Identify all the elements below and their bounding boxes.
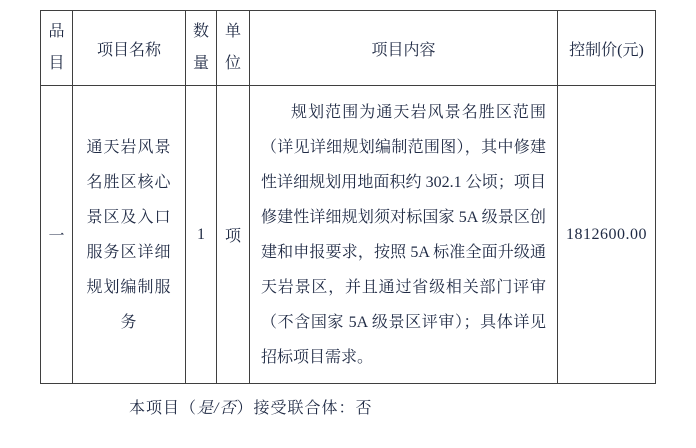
content-line: 性详细规划用地面积约 302.1 公顷；项目	[261, 165, 546, 200]
project-name-line: 通天岩风景	[73, 130, 185, 165]
content-line: 建和申报要求，按照 5A 标准全面升级通	[261, 235, 546, 270]
header-quantity-label: 数量	[193, 16, 209, 80]
header-project-content: 项目内容	[250, 11, 558, 86]
project-name-line: 服务区详细	[73, 235, 185, 270]
cell-quantity: 1	[186, 86, 217, 384]
header-project-name: 项目名称	[73, 11, 186, 86]
content-line: （不含国家 5A 级景区评审）；具体详见	[261, 305, 546, 340]
header-item-no-label: 品目	[49, 16, 65, 80]
document-page: 品目 项目名称 数量 单位 项目内容 控制价(元) 一 通天岩风景 名胜区核心 …	[0, 0, 696, 448]
content-line: 规划范围为通天岩风景名胜区范围	[261, 95, 546, 130]
content-line: 天岩景区，并且通过省级相关部门评审	[261, 270, 546, 305]
cell-item-no: 一	[41, 86, 73, 384]
project-name-line: 名胜区核心	[73, 165, 185, 200]
cell-control-price: 1812600.00	[558, 86, 656, 384]
consortium-note-prefix: 本项目（	[129, 400, 197, 417]
header-unit: 单位	[217, 11, 250, 86]
header-unit-label: 单位	[225, 16, 241, 80]
cell-unit: 项	[217, 86, 250, 384]
consortium-note-suffix: ）接受联合体：否	[236, 400, 372, 417]
procurement-table: 品目 项目名称 数量 单位 项目内容 控制价(元) 一 通天岩风景 名胜区核心 …	[40, 10, 656, 384]
content-line: 修建性详细规划须对标国家 5A 级景区创	[261, 200, 546, 235]
header-quantity: 数量	[186, 11, 217, 86]
cell-project-content: 规划范围为通天岩风景名胜区范围 （详见详细规划编制范围图），其中修建 性详细规划…	[250, 86, 558, 384]
consortium-note: 本项目（是/否）接受联合体：否	[129, 395, 372, 418]
table-header-row: 品目 项目名称 数量 单位 项目内容 控制价(元)	[41, 11, 656, 86]
header-control-price: 控制价(元)	[558, 11, 656, 86]
consortium-note-yes-no: 是/否	[197, 400, 236, 417]
cell-project-name: 通天岩风景 名胜区核心 景区及入口 服务区详细 规划编制服 务	[73, 86, 186, 384]
content-line: 招标项目需求。	[261, 340, 546, 375]
header-item-no: 品目	[41, 11, 73, 86]
table-row: 一 通天岩风景 名胜区核心 景区及入口 服务区详细 规划编制服 务 1 项 规划…	[41, 86, 656, 384]
project-name-line: 务	[73, 305, 185, 340]
project-name-line: 景区及入口	[73, 200, 185, 235]
content-line: （详见详细规划编制范围图），其中修建	[261, 130, 546, 165]
project-name-line: 规划编制服	[73, 270, 185, 305]
